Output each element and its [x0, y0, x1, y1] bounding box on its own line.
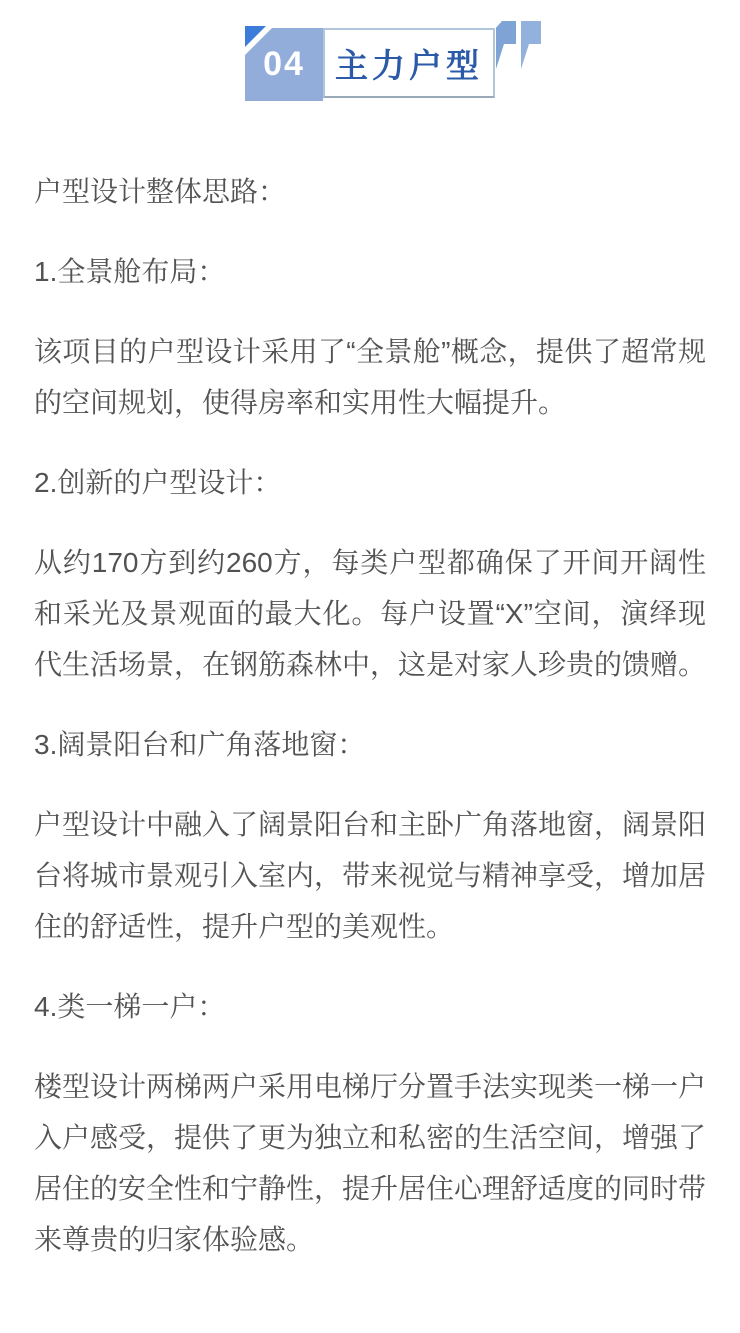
article-body: 户型设计整体思路： 1.全景舱布局： 该项目的户型设计采用了“全景舱”概念，提供… — [34, 166, 706, 1265]
paragraph-point2-heading: 2.创新的户型设计： — [34, 457, 706, 508]
paragraph-point3-heading: 3.阔景阳台和广角落地窗： — [34, 719, 706, 770]
quote-mark-right-icon — [521, 21, 541, 69]
paragraph-point4-body: 楼型设计两梯两户采用电梯厅分置手法实现类一梯一户入户感受，提供了更为独立和私密的… — [34, 1061, 706, 1265]
section-number: 04 — [245, 28, 323, 101]
article-page: 04 主力户型 户型设计整体思路： 1.全景舱布局： 该项目的户型设计采用了“全… — [0, 0, 740, 1333]
paragraph-overview-heading: 户型设计整体思路： — [34, 166, 706, 217]
section-header: 04 主力户型 — [0, 0, 740, 101]
section-title-box: 主力户型 — [323, 28, 495, 98]
paragraph-point2-body: 从约170方到约260方，每类户型都确保了开间开阔性和采光及景观面的最大化。每户… — [34, 537, 706, 690]
paragraph-point3-body: 户型设计中融入了阔景阳台和主卧广角落地窗，阔景阳台将城市景观引入室内，带来视觉与… — [34, 799, 706, 952]
paragraph-point1-body: 该项目的户型设计采用了“全景舱”概念，提供了超常规的空间规划，使得房率和实用性大… — [34, 326, 706, 428]
section-title: 主力户型 — [335, 40, 483, 87]
paragraph-point4-heading: 4.类一梯一户： — [34, 981, 706, 1032]
section-badge: 04 主力户型 — [245, 28, 495, 101]
quote-icon — [496, 21, 541, 69]
quote-mark-left-icon — [496, 21, 516, 69]
paragraph-point1-heading: 1.全景舱布局： — [34, 246, 706, 297]
